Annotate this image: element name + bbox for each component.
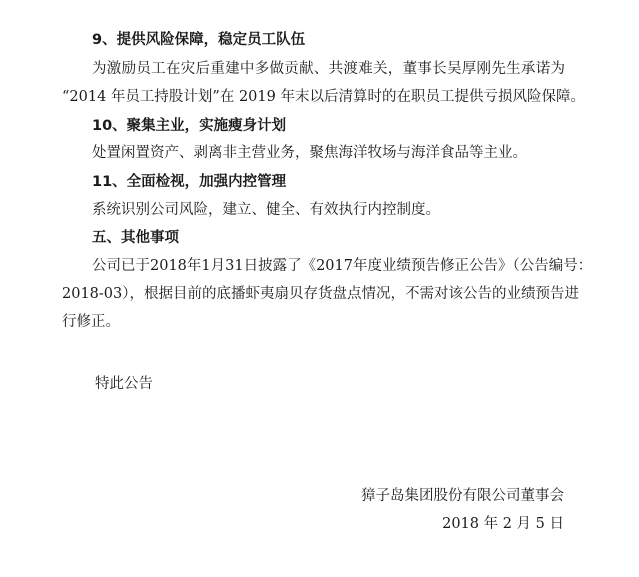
date: 2018 年 2 月 5 日	[442, 514, 564, 534]
paragraph-line: 2018-03），根据目前的底播虾夷扇贝存货盘点情况，不需对该公告的业绩预告进	[62, 284, 565, 304]
section-heading-9: 9、提供风险保障，稳定员工队伍	[92, 30, 305, 50]
paragraph-line: 处置闲置资产、剥离非主营业务，聚焦海洋牧场与海洋食品等主业。	[92, 143, 527, 163]
paragraph-line: 为激励员工在灾后重建中多做贡献、共渡难关，董事长吴厚刚先生承诺为	[92, 59, 565, 79]
paragraph-line: “2014 年员工持股计划”在 2019 年末以后清算时的在职员工提供亏损风险保…	[62, 87, 565, 107]
section-heading-10: 10、聚集主业，实施瘦身计划	[92, 116, 286, 136]
section-heading-other-matters: 五、其他事项	[92, 228, 179, 248]
paragraph-line: 系统识别公司风险，建立、健全、有效执行内控制度。	[92, 200, 440, 220]
paragraph-line: 公司已于2018年1月31日披露了《2017年度业绩预告修正公告》（公告编号：	[92, 256, 565, 276]
section-heading-11: 11、全面检视，加强内控管理	[92, 172, 286, 192]
paragraph-line: 行修正。	[62, 312, 120, 332]
signature: 獐子岛集团股份有限公司董事会	[361, 486, 564, 506]
closing-text: 特此公告	[95, 374, 153, 394]
